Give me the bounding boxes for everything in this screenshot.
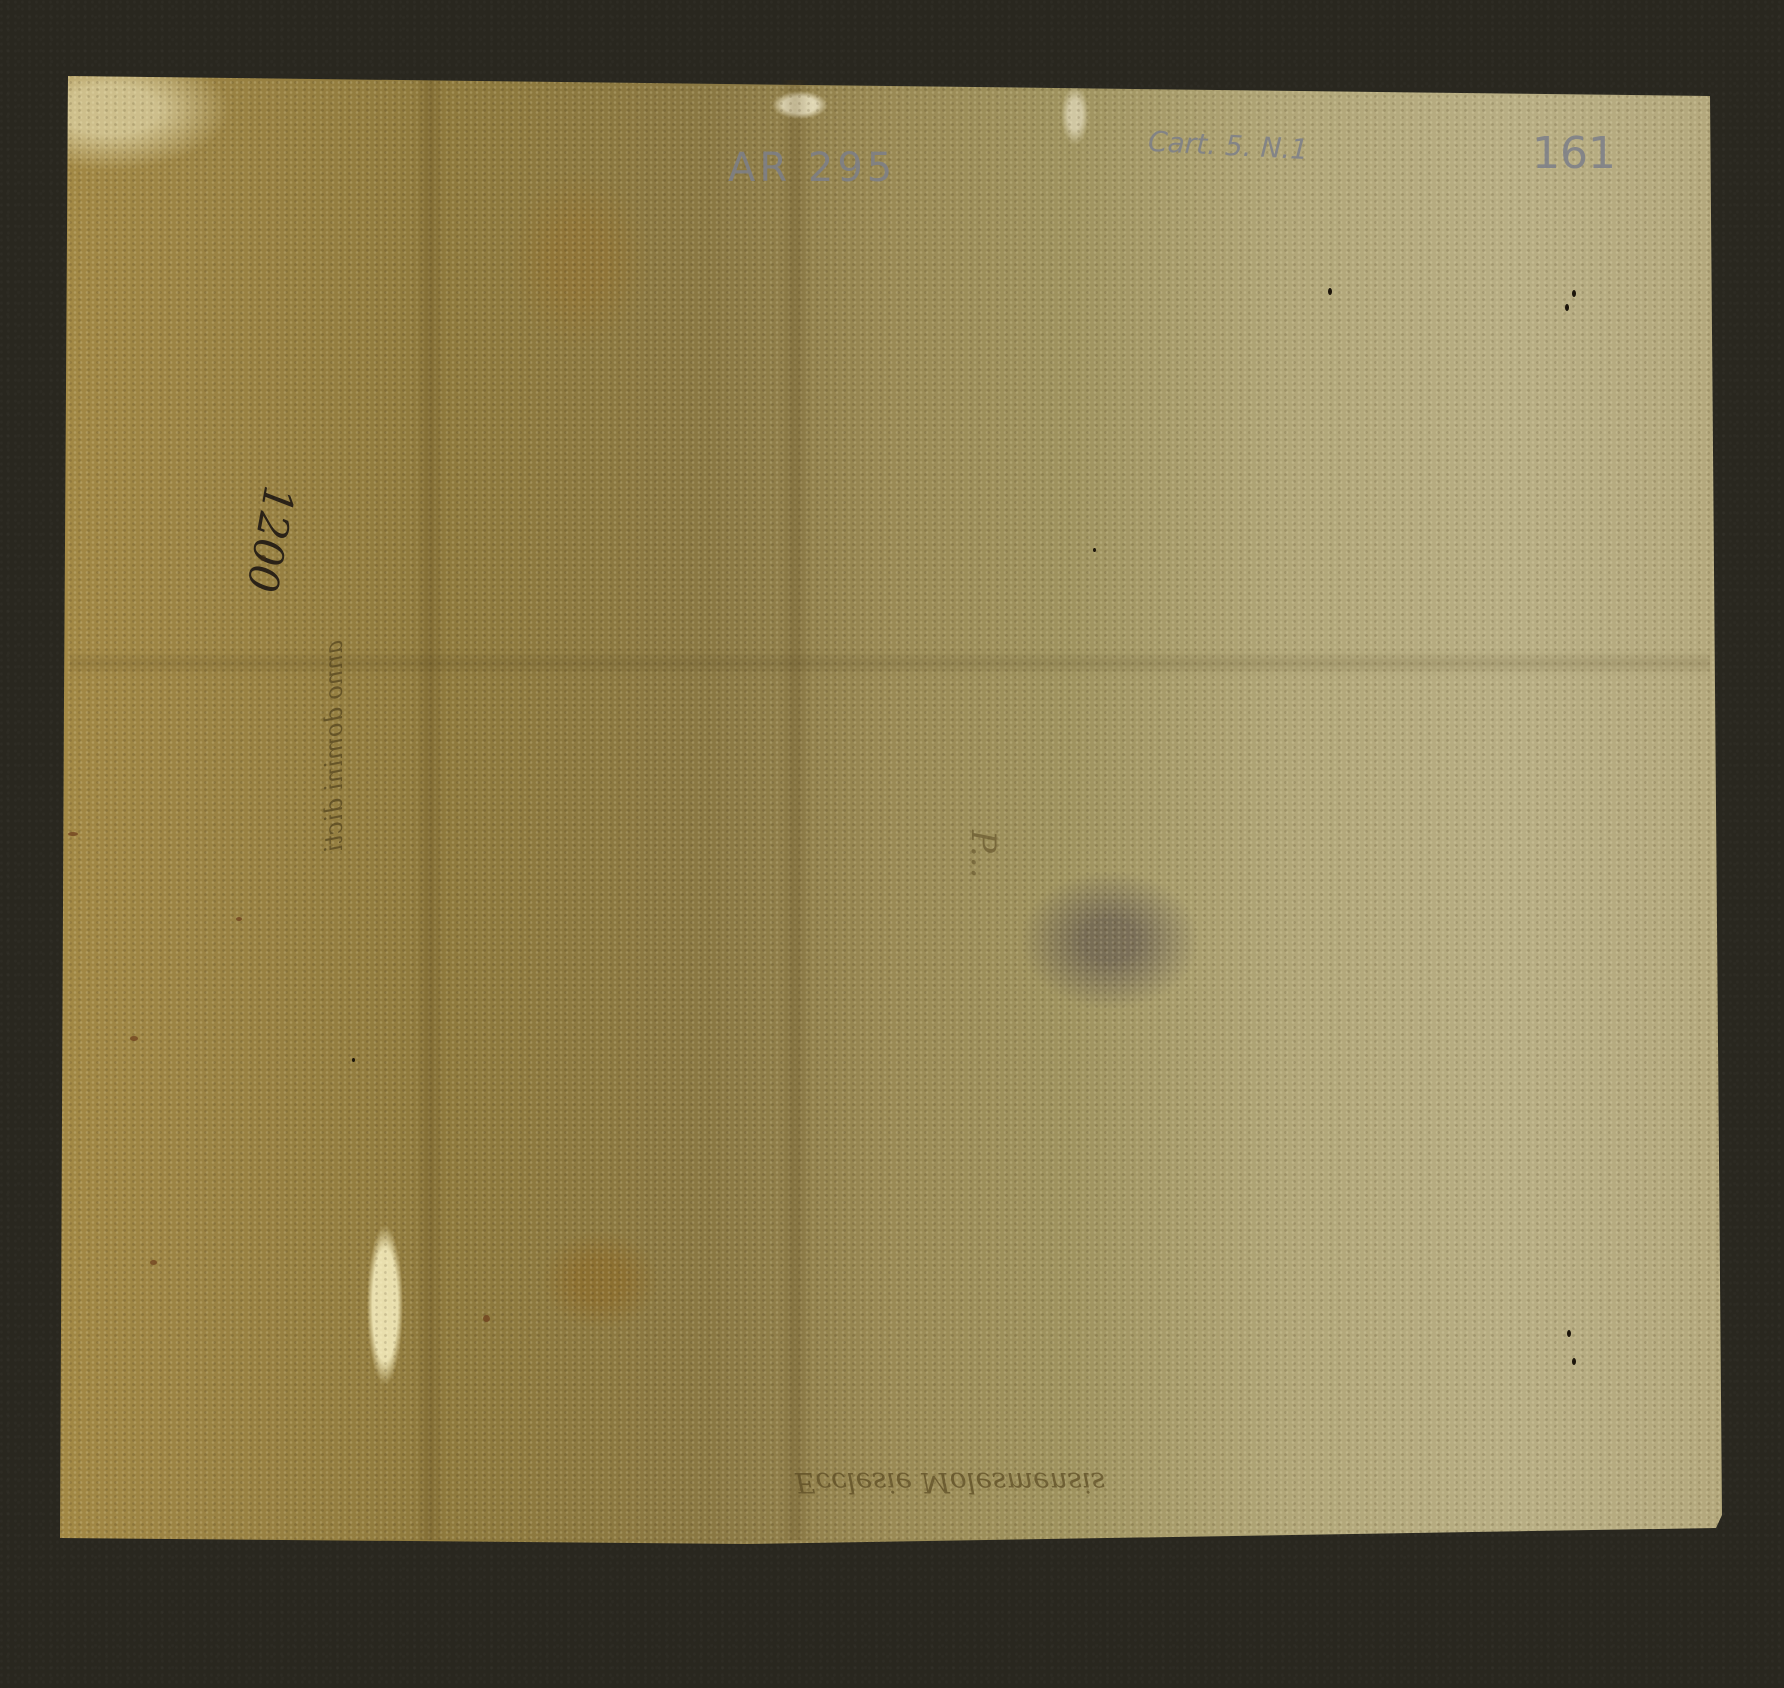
- stain-speck: [130, 1036, 138, 1041]
- pin-hole: [1093, 548, 1096, 552]
- pin-hole: [1567, 1330, 1571, 1337]
- stain-speck: [68, 832, 78, 836]
- stain-speck: [260, 555, 266, 561]
- carton-annotation: Cart. 5. N.1: [1147, 128, 1309, 164]
- vertical-fold-center: [780, 80, 810, 1540]
- pin-hole: [1328, 288, 1332, 295]
- folio-number: 161: [1532, 132, 1616, 176]
- scan-canvas: AR 295 Cart. 5. N.1 161 1200 anno domini…: [0, 0, 1784, 1688]
- horizontal-fold: [70, 650, 1710, 676]
- dorsal-note-bottom: Ecclesie Molesmensis: [795, 1468, 1105, 1496]
- pin-hole: [1572, 1358, 1576, 1365]
- pin-hole: [1565, 304, 1569, 311]
- stain-speck: [150, 1260, 157, 1265]
- dorsal-note-vertical: anno domini dicti: [322, 640, 346, 852]
- pin-hole: [1572, 290, 1576, 297]
- pin-hole: [352, 1058, 355, 1062]
- vertical-fold-left: [415, 80, 445, 1540]
- shelfmark-annotation: AR 295: [728, 148, 896, 188]
- stain-speck: [236, 917, 242, 921]
- stain-speck: [483, 1315, 490, 1322]
- dorsal-mark-center: P...: [966, 830, 1000, 878]
- parchment-grain: [0, 0, 1784, 1688]
